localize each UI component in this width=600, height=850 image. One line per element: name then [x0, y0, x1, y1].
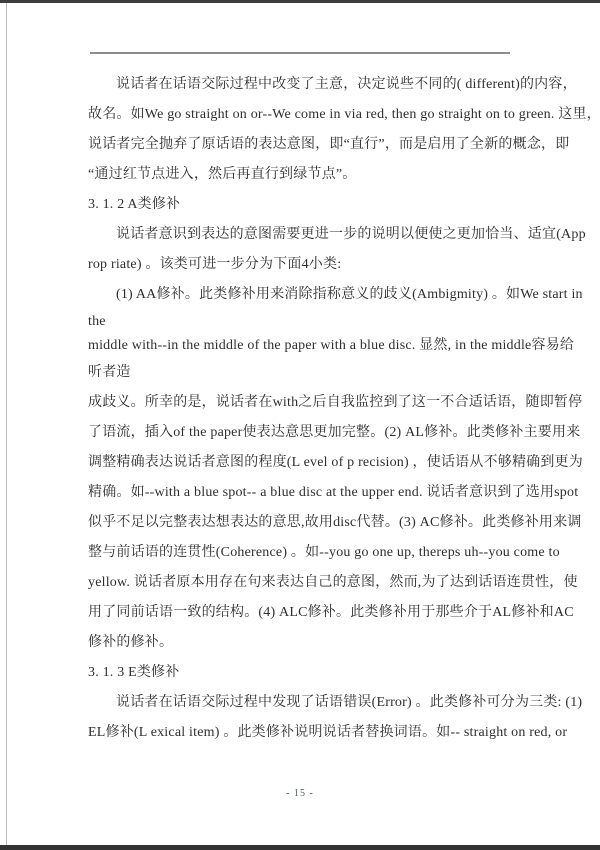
scan-edge-top [0, 0, 600, 3]
scan-edge-left [6, 3, 7, 845]
document-page: { "page": { "footer_page_number": "- 15 … [0, 0, 600, 850]
text-line: 整与前话语的连贯性(Coherence) 。如--you go one up, … [88, 538, 518, 568]
text-line: rop riate) 。该类可进一步分为下面4小类: [88, 250, 518, 280]
scan-edge-bottom [0, 845, 600, 850]
page-number: - 15 - [0, 788, 600, 799]
text-line: yellow. 说话者原本用存在句来表达自己的意图，然而,为了达到话语连贯性，使 [88, 568, 518, 598]
text-line: 似乎不足以完整表达想表达的意思,故用disc代替。(3) AC修补。此类修补用来… [88, 508, 518, 538]
text-line: “通过红节点进入，然后再直行到绿节点”。 [88, 160, 518, 190]
text-line: middle with--in the middle of the paper … [88, 334, 518, 358]
text-line: the [88, 310, 518, 334]
text-line: 说话者意识到表达的意图需要更进一步的说明以便使之更加恰当、适宜(App [88, 220, 518, 250]
text-line: 说话者在话语交际过程中发现了话语错误(Error) 。此类修补可分为三类: (1… [88, 688, 518, 718]
text-line: 成歧义。所幸的是，说话者在with之后自我监控到了这一不合适话语，随即暂停 [88, 388, 518, 418]
text-line: 说话者完全抛弃了原话语的表达意图，即“直行”，而是启用了全新的概念，即 [88, 130, 518, 160]
text-line: (1) AA修补。此类修补用来消除指称意义的歧义(Ambigmity) 。如We… [88, 280, 518, 310]
text-line: 故名。如We go straight on or--We come in via… [88, 100, 518, 130]
text-line: EL修补(L exical item) 。此类修补说明说话者替换词语。如-- s… [88, 718, 518, 748]
text-line: 精确。如--with a blue spot-- a blue disc at … [88, 478, 518, 508]
text-line: 用了同前话语一致的结构。(4) ALC修补。此类修补用于那些介于AL修补和AC [88, 598, 518, 628]
page-header-rule [90, 52, 510, 54]
text-line: 调整精确表达说话者意图的程度(L evel of p recision) ，使话… [88, 448, 518, 478]
section-heading: 3. 1. 2 A类修补 [88, 190, 518, 220]
text-line: 修补的修补。 [88, 628, 518, 658]
text-line: 听者造 [88, 358, 518, 388]
document-text-body: 说话者在话语交际过程中改变了主意，决定说些不同的( different)的内容，… [88, 70, 518, 748]
text-line: 了语流，插入of the paper使表达意思更加完整。(2) AL修补。此类修… [88, 418, 518, 448]
section-heading: 3. 1. 3 E类修补 [88, 658, 518, 688]
text-line: 说话者在话语交际过程中改变了主意，决定说些不同的( different)的内容， [88, 70, 518, 100]
